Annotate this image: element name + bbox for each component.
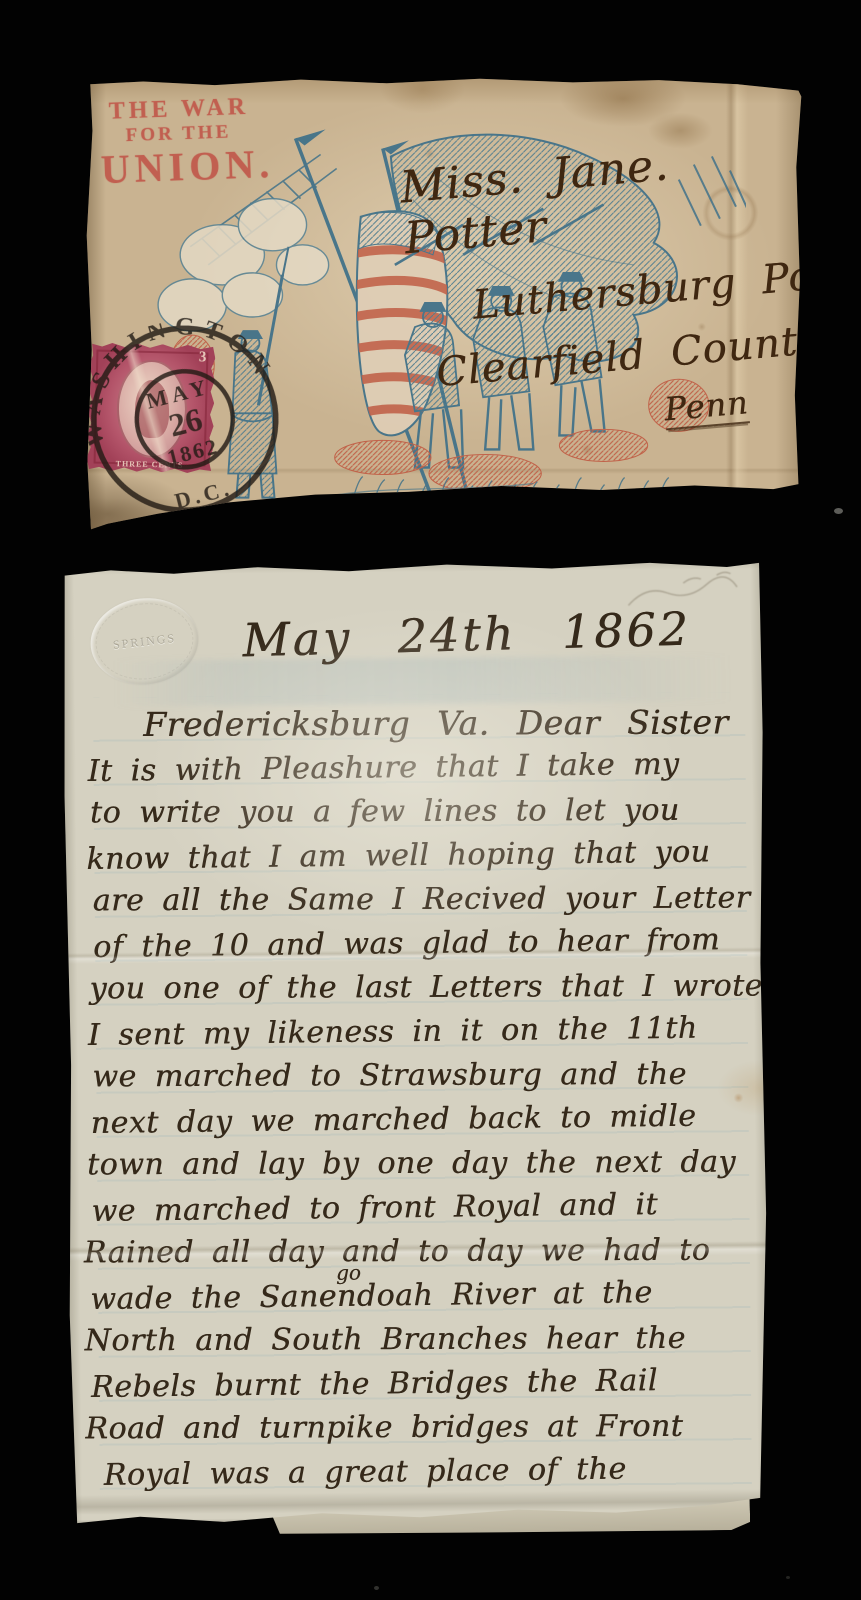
letter-line: we marched to front Royal and it [91,1182,759,1234]
envelope: THE WAR FOR THE UNION. [86,76,802,532]
letter-line: we marched to Strawsburg and the [92,1052,758,1099]
letter-line: next day we marched back to midle [90,1094,758,1146]
photo-stage: THE WAR FOR THE UNION. [0,0,861,1600]
letter-sheet: SPRINGS May 24th 1862 Fredericksburg Va.… [62,559,770,1527]
address-town: Luthersburg Po [471,252,828,329]
letter-line: It is with Pleashure that I take my [87,742,755,794]
union-slogan: THE WAR FOR THE UNION. [98,93,275,193]
letter-line: Rebels burnt the Bridges the Rail [91,1358,761,1410]
letter-line: North and South Branches hear the [84,1316,760,1363]
letter-line: are all the Same I Recived your Letter [93,876,757,923]
embossed-seal-text: SPRINGS [112,630,177,652]
ink-showthrough [113,655,733,706]
address-block: Miss. Jane. Potter Luthersburg Po Clearf… [384,127,838,453]
interlinear-insertion: go [336,1260,361,1284]
postmark-district: D.C. [172,475,235,513]
letter-line: wade the Sanendoah River at the [90,1270,760,1322]
slogan-line: UNION. [100,140,275,193]
letter-line: Royal was a great place of the [103,1446,761,1498]
dust-speck [374,1586,379,1590]
letter-line: you one of the last Letters that I wrote [89,964,757,1011]
letter-line: of the 10 and was glad to hear from [93,918,757,970]
letter-line: to write you a few lines to let you [90,788,756,835]
dust-speck [786,1576,790,1579]
letter-line: Rained all day and to day we had to [84,1228,760,1275]
address-state: Penn [663,383,750,430]
letter-line: town and lay by one day the next day [87,1140,759,1187]
letter-line: Fredericksburg Va. Dear Sister [143,700,755,747]
letter-body: Fredericksburg Va. Dear Sister It is wit… [79,699,762,1497]
letter-line: know that I am well hoping that you [86,830,756,882]
dust-speck [834,508,843,514]
pole-finial [296,129,326,145]
letter-line: I sent my likeness in it on the 11th [88,1006,758,1058]
slogan-line: THE WAR [108,93,272,126]
letter-line: Road and turnpike bridges at Front [85,1404,761,1451]
